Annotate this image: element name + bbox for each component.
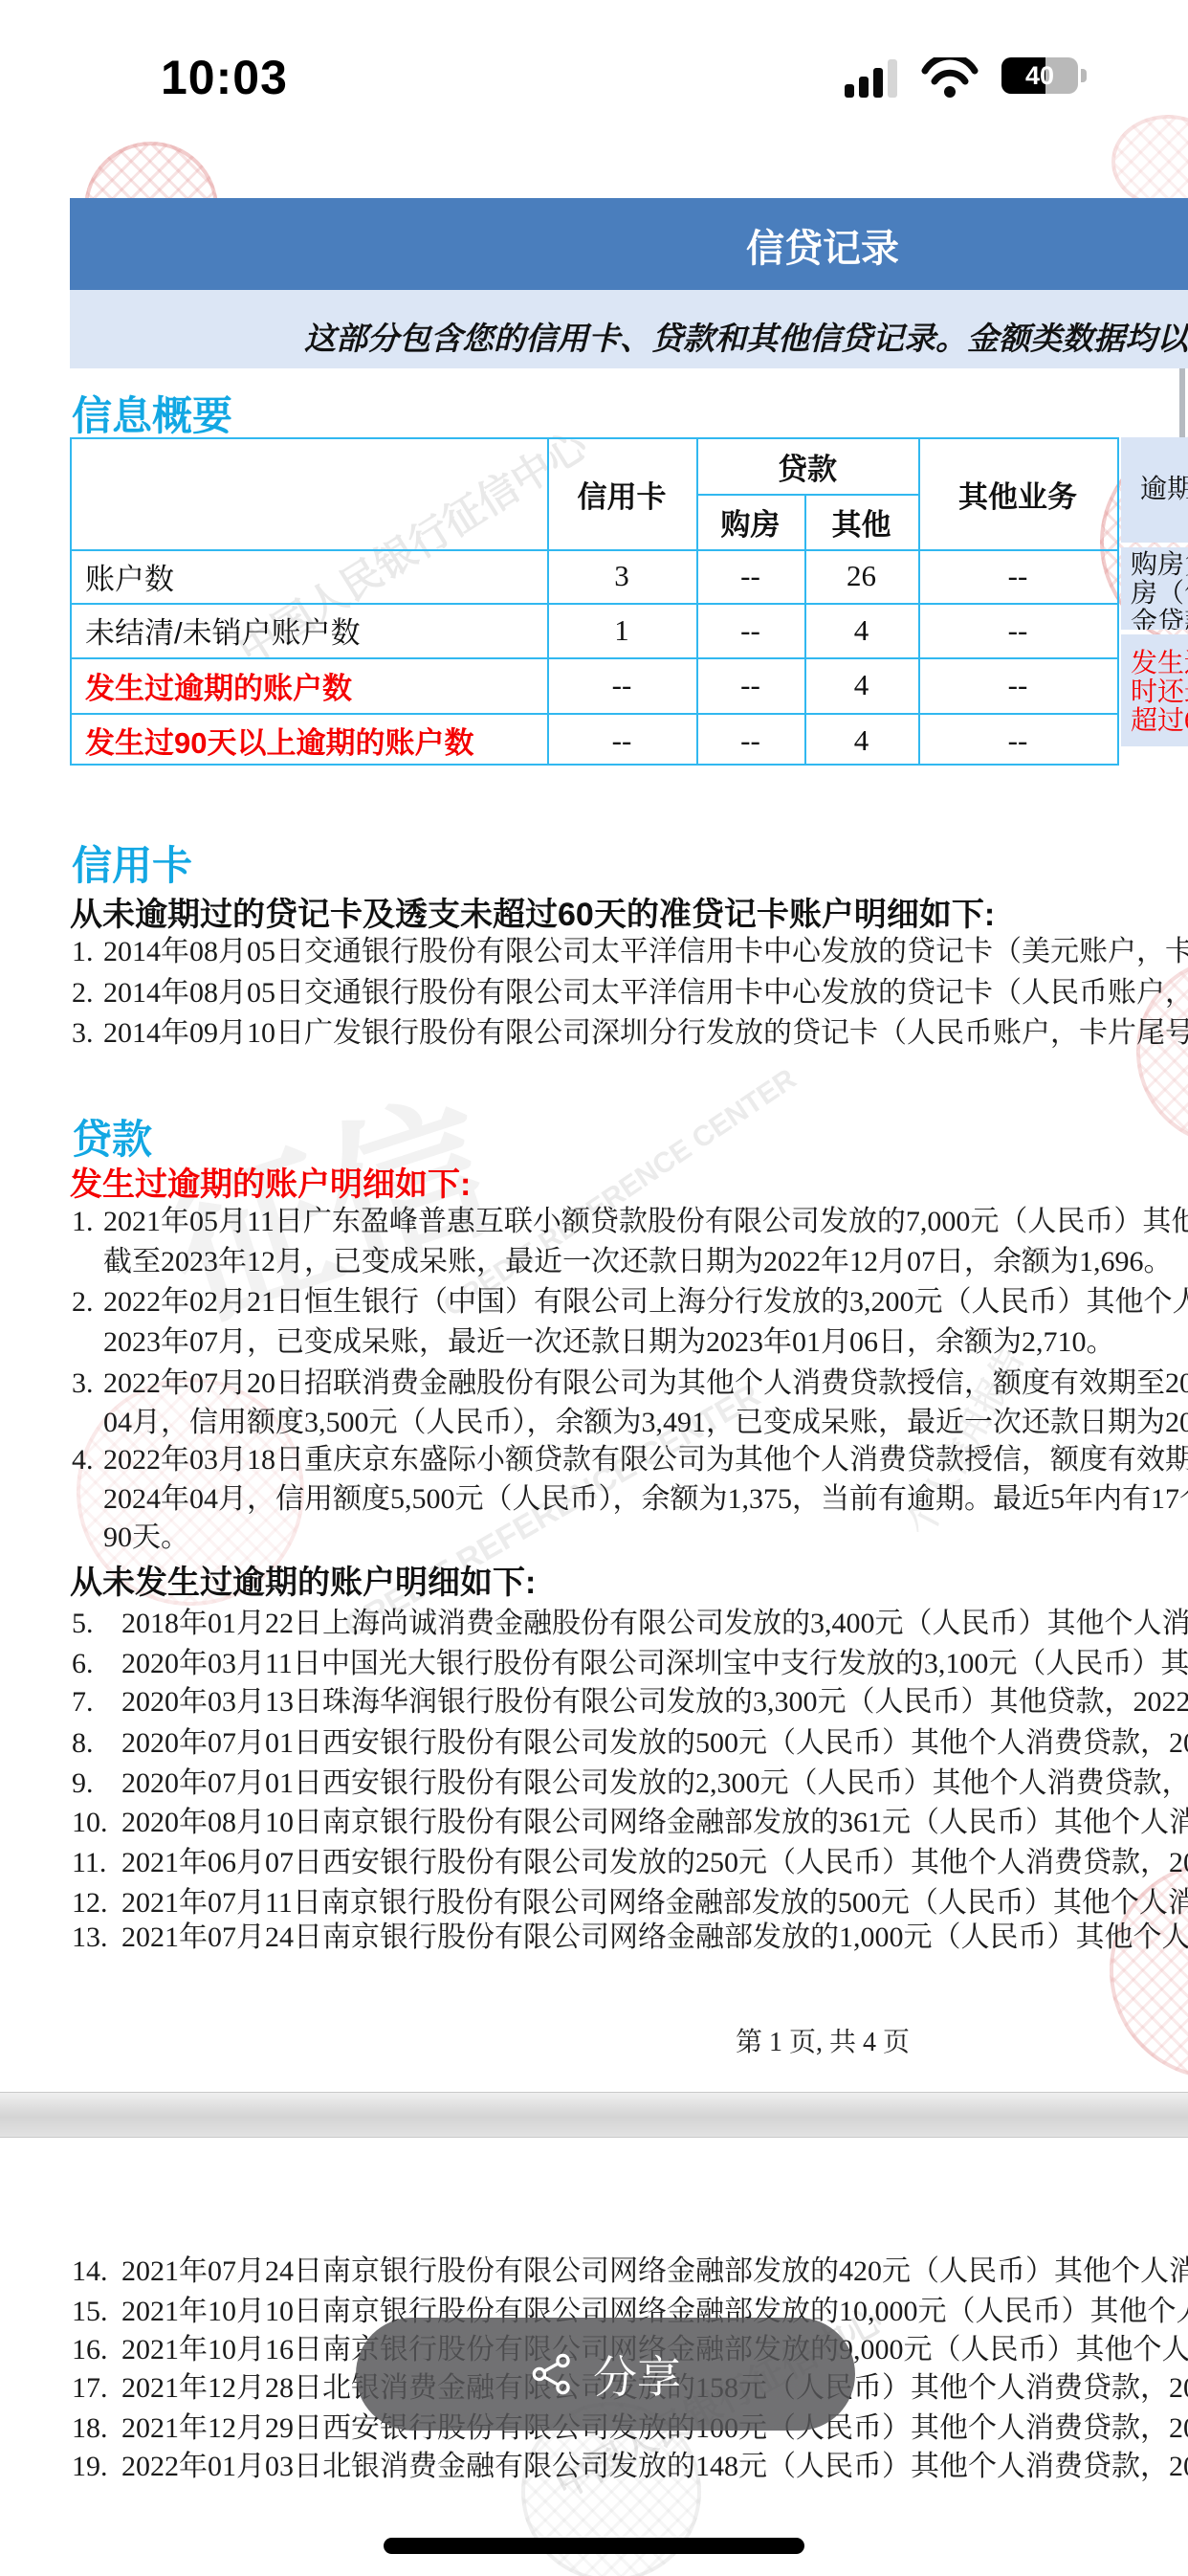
report-title: 信贷记录 (574, 218, 1071, 273)
list-item: 7.2020年03月13日珠海华润银行股份有限公司发放的3,300元（人民币）其… (72, 1677, 1188, 1720)
side-note-text: 金贷款 (1131, 609, 1188, 630)
col-header-credit-card: 信用卡 (547, 439, 696, 549)
table-row-label: 账户数 (72, 549, 561, 603)
table-cell: -- (696, 713, 804, 767)
item-number: 14. (72, 2255, 121, 2288)
item-text: 2022年01月03日北银消费金融有限公司发放的148元（人民币）其他个人消费贷… (121, 2451, 1188, 2482)
item-text: 2018年01月22日上海尚诚消费金融股份有限公司发放的3,400元（人民币）其… (121, 1608, 1188, 1639)
side-note-text: 发生过 (1131, 638, 1188, 678)
list-item: 10.2020年08月10日南京银行股份有限公司网络金融部发放的361元（人民币… (72, 1798, 1188, 1840)
table-row-label: 未结清/未销户账户数 (72, 603, 561, 657)
item-number: 2. (72, 977, 103, 1010)
pdf-page: 征信 中国人民银行征信中心 CREDIT REFERENCE CENTER 中国… (0, 0, 1188, 2576)
item-text: 2021年06月07日西安银行股份有限公司发放的250元（人民币）其他个人消费贷… (121, 1847, 1188, 1878)
list-item-continuation: 90天。 (103, 1513, 189, 1555)
table-cell: -- (696, 603, 804, 657)
item-number: 4. (72, 1444, 103, 1477)
item-text: 90天。 (103, 1521, 189, 1553)
signal-icon (845, 57, 904, 98)
loan-clean-header: 从未发生过逾期的账户明细如下: (70, 1556, 536, 1603)
table-cell: 4 (804, 657, 918, 713)
side-note-text: 时还最 (1131, 678, 1188, 707)
col-header-other-business: 其他业务 (918, 439, 1117, 549)
battery-percent: 40 (1001, 57, 1078, 94)
page-number: 第 1 页, 共 4 页 (650, 2021, 995, 2059)
item-number: 9. (72, 1767, 121, 1800)
side-note: 发生过 时还最 超过6 (1121, 634, 1188, 746)
table-cell: -- (547, 713, 696, 767)
item-text: 2022年07月20日招联消费金融股份有限公司为其他个人消费贷款授信，额度有效期… (103, 1367, 1188, 1399)
list-item-continuation: 04月，信用额度3,500元（人民币），余额为3,491，已变成呆账，最近一次还… (103, 1398, 1188, 1440)
table-cell: 1 (547, 603, 696, 657)
table-cell: -- (696, 657, 804, 713)
page-separator (0, 2092, 1188, 2138)
item-text: 2022年02月21日恒生银行（中国）有限公司上海分行发放的3,200元（人民币… (103, 1286, 1188, 1318)
item-text: 2014年09月10日广发银行股份有限公司深圳分行发放的贷记卡（人民币账户，卡片… (103, 1017, 1188, 1049)
list-item: 1.2014年08月05日交通银行股份有限公司太平洋信用卡中心发放的贷记卡（美元… (72, 927, 1188, 969)
side-note-text: 超过6 (1131, 707, 1188, 736)
list-item-continuation: 2023年07月，已变成呆账，最近一次还款日期为2023年01月06日，余额为2… (103, 1318, 1115, 1360)
wifi-icon (921, 57, 979, 98)
red-seal-stamp (1111, 115, 1188, 209)
item-text: 2024年04月，信用额度5,500元（人民币），余额为1,375，当前有逾期。… (103, 1483, 1188, 1515)
item-number: 7. (72, 1686, 121, 1719)
table-cell: 3 (547, 549, 696, 603)
side-note: 逾期记 (1121, 437, 1188, 543)
list-item: 4.2022年03月18日重庆京东盛际小额贷款有限公司为其他个人消费贷款授信，额… (72, 1435, 1188, 1477)
clock: 10:03 (161, 50, 288, 105)
list-item: 8.2020年07月01日西安银行股份有限公司发放的500元（人民币）其他个人消… (72, 1719, 1188, 1761)
item-number: 11. (72, 1847, 121, 1879)
item-text: 04月，信用额度3,500元（人民币），余额为3,491，已变成呆账，最近一次还… (103, 1407, 1188, 1438)
share-button-label: 分享 (593, 2343, 681, 2406)
list-item: 2.2014年08月05日交通银行股份有限公司太平洋信用卡中心发放的贷记卡（人民… (72, 968, 1188, 1010)
share-button[interactable]: 分享 (356, 2318, 855, 2431)
item-text: 2014年08月05日交通银行股份有限公司太平洋信用卡中心发放的贷记卡（人民币账… (103, 977, 1188, 1009)
item-text: 2020年03月13日珠海华润银行股份有限公司发放的3,300元（人民币）其他贷… (121, 1686, 1188, 1718)
side-note: 购房贷 房（包 金贷款 (1121, 547, 1188, 630)
table-row-label: 发生过90天以上逾期的账户数 (72, 713, 561, 767)
item-text: 2020年03月11日中国光大银行股份有限公司深圳宝中支行发放的3,100元（人… (121, 1648, 1188, 1679)
home-indicator[interactable] (384, 2538, 804, 2554)
item-text: 2022年03月18日重庆京东盛际小额贷款有限公司为其他个人消费贷款授信，额度有… (103, 1444, 1188, 1476)
item-text: 2014年08月05日交通银行股份有限公司太平洋信用卡中心发放的贷记卡（美元账户… (103, 936, 1188, 967)
item-number: 1. (72, 936, 103, 968)
list-item: 11.2021年06月07日西安银行股份有限公司发放的250元（人民币）其他个人… (72, 1838, 1188, 1880)
list-item: 5.2018年01月22日上海尚诚消费金融股份有限公司发放的3,400元（人民币… (72, 1599, 1188, 1641)
list-item: 19.2022年01月03日北银消费金融有限公司发放的148元（人民币）其他个人… (72, 2442, 1188, 2484)
list-item-continuation: 2024年04月，信用额度5,500元（人民币），余额为1,375，当前有逾期。… (103, 1475, 1188, 1517)
list-item: 14.2021年07月24日南京银行股份有限公司网络金融部发放的420元（人民币… (72, 2247, 1188, 2289)
list-item: 3.2014年09月10日广发银行股份有限公司深圳分行发放的贷记卡（人民币账户，… (72, 1009, 1188, 1051)
table-cell: 4 (804, 603, 918, 657)
battery-nub (1081, 69, 1087, 82)
item-number: 16. (72, 2334, 121, 2366)
item-number: 8. (72, 1727, 121, 1760)
item-number: 15. (72, 2296, 121, 2328)
summary-table: 信用卡 贷款 购房 其他 其他业务 账户数 3 -- 26 -- 未结清/未销户… (70, 437, 1119, 766)
table-cell: -- (918, 713, 1117, 767)
item-number: 1. (72, 1206, 103, 1238)
table-cell: -- (547, 657, 696, 713)
item-text: 2020年07月01日西安银行股份有限公司发放的2,300元（人民币）其他个人消… (121, 1767, 1188, 1799)
col-header-loan: 贷款 (696, 439, 918, 494)
list-item: 1.2021年05月11日广东盈峰普惠互联小额贷款股份有限公司发放的7,000元… (72, 1197, 1188, 1239)
table-cell: 4 (804, 713, 918, 767)
item-number: 13. (72, 1921, 121, 1954)
item-number: 3. (72, 1017, 103, 1050)
table-row-label: 发生过逾期的账户数 (72, 657, 561, 713)
item-number: 17. (72, 2372, 121, 2405)
item-number: 18. (72, 2412, 121, 2445)
item-text: 2020年08月10日南京银行股份有限公司网络金融部发放的361元（人民币）其他… (121, 1807, 1188, 1838)
share-icon (530, 2352, 574, 2396)
section-title-summary: 信息概要 (72, 385, 232, 442)
side-note-text: 逾期记 (1131, 476, 1188, 504)
list-item: 3.2022年07月20日招联消费金融股份有限公司为其他个人消费贷款授信，额度有… (72, 1359, 1188, 1401)
item-number: 2. (72, 1286, 103, 1319)
item-number: 5. (72, 1608, 121, 1640)
side-note-text: 房（包 (1131, 580, 1188, 609)
item-text: 2021年07月24日南京银行股份有限公司网络金融部发放的1,000元（人民币）… (121, 1921, 1188, 1953)
item-text: 2021年07月24日南京银行股份有限公司网络金融部发放的420元（人民币）其他… (121, 2255, 1188, 2287)
col-header-loan-house: 购房 (696, 494, 804, 549)
battery-icon: 40 (1001, 57, 1078, 94)
side-note-text: 购房贷 (1131, 551, 1188, 580)
item-number: 19. (72, 2451, 121, 2483)
table-cell: -- (918, 603, 1117, 657)
item-text: 2020年07月01日西安银行股份有限公司发放的500元（人民币）其他个人消费贷… (121, 1727, 1188, 1759)
report-subtitle: 这部分包含您的信用卡、贷款和其他信贷记录。金额类数据均以人民币计算， (304, 314, 1188, 359)
list-item: 2.2022年02月21日恒生银行（中国）有限公司上海分行发放的3,200元（人… (72, 1277, 1188, 1320)
section-title-credit-card: 信用卡 (72, 834, 192, 892)
table-cell: 26 (804, 549, 918, 603)
col-header-loan-other: 其他 (804, 494, 918, 549)
item-text: 2021年05月11日广东盈峰普惠互联小额贷款股份有限公司发放的7,000元（人… (103, 1206, 1188, 1237)
table-cell: -- (918, 549, 1117, 603)
section-title-loan: 贷款 (72, 1108, 152, 1166)
list-item: 6.2020年03月11日中国光大银行股份有限公司深圳宝中支行发放的3,100元… (72, 1639, 1188, 1681)
table-cell: -- (918, 657, 1117, 713)
item-text: 截至2023年12月，已变成呆账，最近一次还款日期为2022年12月07日，余额… (103, 1246, 1173, 1277)
item-number: 10. (72, 1807, 121, 1839)
item-text: 2023年07月，已变成呆账，最近一次还款日期为2023年01月06日，余额为2… (103, 1326, 1115, 1358)
table-cell: -- (696, 549, 804, 603)
item-number: 6. (72, 1648, 121, 1680)
list-item-continuation: 截至2023年12月，已变成呆账，最近一次还款日期为2022年12月07日，余额… (103, 1237, 1173, 1279)
list-item: 13.2021年07月24日南京银行股份有限公司网络金融部发放的1,000元（人… (72, 1913, 1188, 1955)
list-item: 9.2020年07月01日西安银行股份有限公司发放的2,300元（人民币）其他个… (72, 1759, 1188, 1801)
item-number: 3. (72, 1367, 103, 1400)
